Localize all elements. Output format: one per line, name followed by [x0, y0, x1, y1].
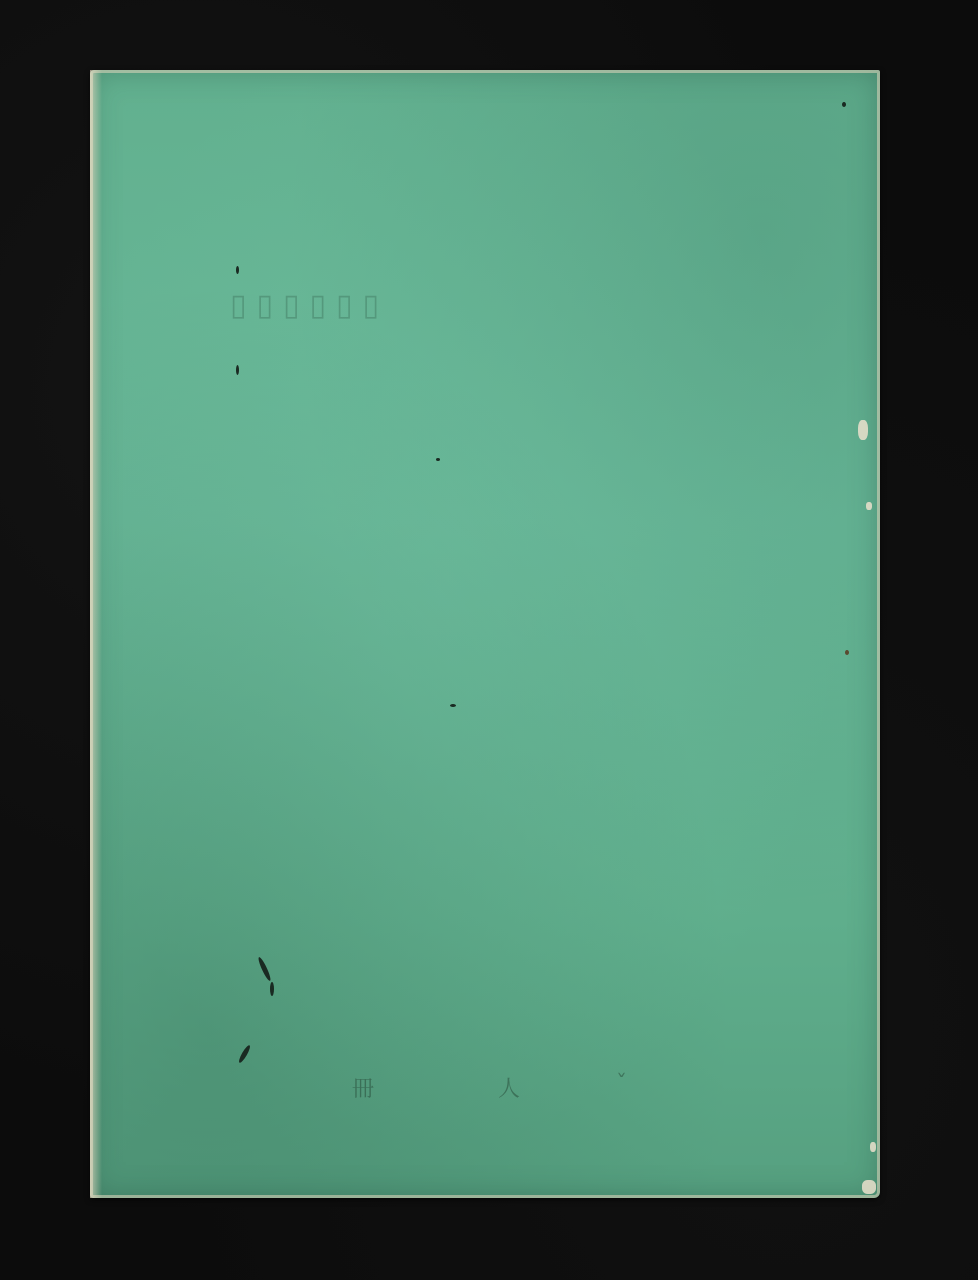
showthrough-footer-char-1: 冊	[352, 1072, 374, 1103]
showthrough-footer-char-2: 人	[498, 1072, 520, 1103]
showthrough-footer-char-3: ˇ	[616, 1072, 627, 1097]
speck	[450, 704, 456, 707]
cover-left-edge	[90, 70, 102, 1198]
speck	[842, 102, 846, 107]
book-cover: ▯▯▯▯▯▯ 冊 人 ˇ	[90, 70, 880, 1198]
showthrough-title-text: ▯▯▯▯▯▯	[230, 288, 650, 328]
corner-wear	[862, 1180, 876, 1194]
edge-wear	[858, 420, 868, 440]
edge-wear	[866, 502, 872, 510]
speck	[436, 458, 440, 461]
ink-mark	[270, 982, 274, 996]
stain	[845, 650, 849, 655]
edge-wear	[870, 1142, 876, 1152]
ink-mark	[237, 1044, 251, 1064]
speck	[236, 365, 239, 375]
ink-mark	[257, 956, 273, 982]
speck	[236, 266, 239, 274]
